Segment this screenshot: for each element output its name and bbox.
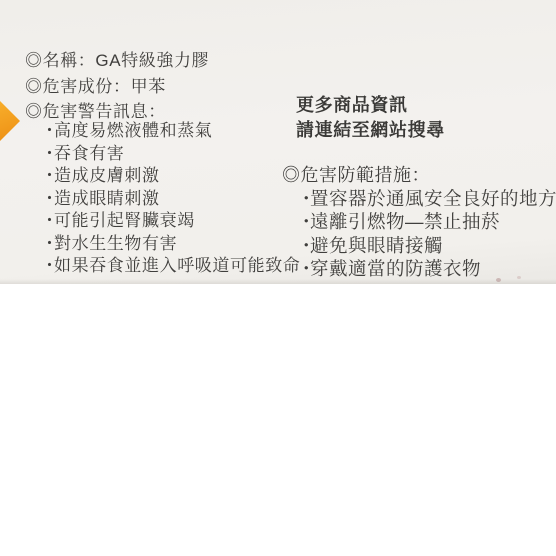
- bullet-dot: ・: [41, 233, 54, 256]
- precaution-item-text: 避免與眼睛接觸: [310, 235, 443, 256]
- product-name-line: ◎名稱：GA特級強力膠: [25, 48, 209, 74]
- precaution-item-text: 穿戴適當的防護衣物: [310, 258, 481, 279]
- warning-item: ・對水生生物有害: [41, 233, 300, 256]
- bullet-dot: ・: [41, 120, 54, 143]
- warning-item: ・造成眼睛刺激: [41, 188, 300, 211]
- bullet-dot: ・: [297, 187, 310, 210]
- promo-text-block: 更多商品資訊 請連結至網站搜尋: [296, 93, 445, 142]
- precautions-list: ・置容器於通風安全良好的地方 ・遠離引燃物—禁止抽菸 ・避免與眼睛接觸 ・穿戴適…: [297, 187, 556, 280]
- paper-speck: [496, 278, 501, 282]
- hazard-warning-list: ・高度易燃液體和蒸氣 ・吞食有害 ・造成皮膚刺激 ・造成眼睛刺激 ・可能引起腎臟…: [41, 120, 300, 278]
- product-label-photo: ◎名稱：GA特級強力膠 ◎危害成份：甲苯 ◎危害警告訊息： ・高度易燃液體和蒸氣…: [0, 0, 556, 284]
- warning-item: ・如果吞食並進入呼吸道可能致命: [41, 255, 300, 278]
- warning-item-text: 吞食有害: [54, 144, 124, 163]
- warning-item-text: 高度易燃液體和蒸氣: [54, 121, 212, 140]
- warning-item-text: 如果吞食並進入呼吸道可能致命: [54, 256, 300, 275]
- warning-item: ・造成皮膚刺激: [41, 165, 300, 188]
- warning-item: ・高度易燃液體和蒸氣: [41, 120, 300, 143]
- precaution-item-text: 置容器於通風安全良好的地方: [310, 188, 556, 209]
- bullet-dot: ・: [41, 165, 54, 188]
- promo-text-line2: 請連結至網站搜尋: [296, 118, 445, 143]
- bullet-dot: ・: [297, 257, 310, 280]
- precaution-item: ・避免與眼睛接觸: [297, 234, 556, 257]
- precautions-heading: ◎危害防範措施：: [282, 164, 430, 187]
- bullet-dot: ・: [41, 255, 54, 278]
- warning-item: ・吞食有害: [41, 143, 300, 166]
- promo-text-line1: 更多商品資訊: [296, 93, 445, 118]
- warning-item-text: 可能引起腎臟衰竭: [54, 211, 195, 230]
- label-header-lines: ◎名稱：GA特級強力膠 ◎危害成份：甲苯 ◎危害警告訊息：: [25, 48, 209, 125]
- label-photo-page: ◎名稱：GA特級強力膠 ◎危害成份：甲苯 ◎危害警告訊息： ・高度易燃液體和蒸氣…: [0, 0, 556, 556]
- precaution-item-text: 遠離引燃物—禁止抽菸: [310, 211, 500, 232]
- bullet-dot: ・: [41, 210, 54, 233]
- bullet-dot: ・: [41, 188, 54, 211]
- warning-item: ・可能引起腎臟衰竭: [41, 210, 300, 233]
- blank-white-area: [0, 284, 556, 556]
- precaution-item: ・置容器於通風安全良好的地方: [297, 187, 556, 210]
- bullet-dot: ・: [41, 143, 54, 166]
- bullet-dot: ・: [297, 234, 310, 257]
- precaution-item: ・遠離引燃物—禁止抽菸: [297, 210, 556, 233]
- hazard-ingredient-line: ◎危害成份：甲苯: [25, 74, 209, 100]
- orange-diamond-marker-icon: [0, 101, 20, 141]
- paper-speck: [517, 276, 521, 279]
- warning-item-text: 對水生生物有害: [54, 234, 177, 253]
- warning-item-text: 造成眼睛刺激: [54, 189, 160, 208]
- warning-item-text: 造成皮膚刺激: [54, 166, 160, 185]
- bullet-dot: ・: [297, 210, 310, 233]
